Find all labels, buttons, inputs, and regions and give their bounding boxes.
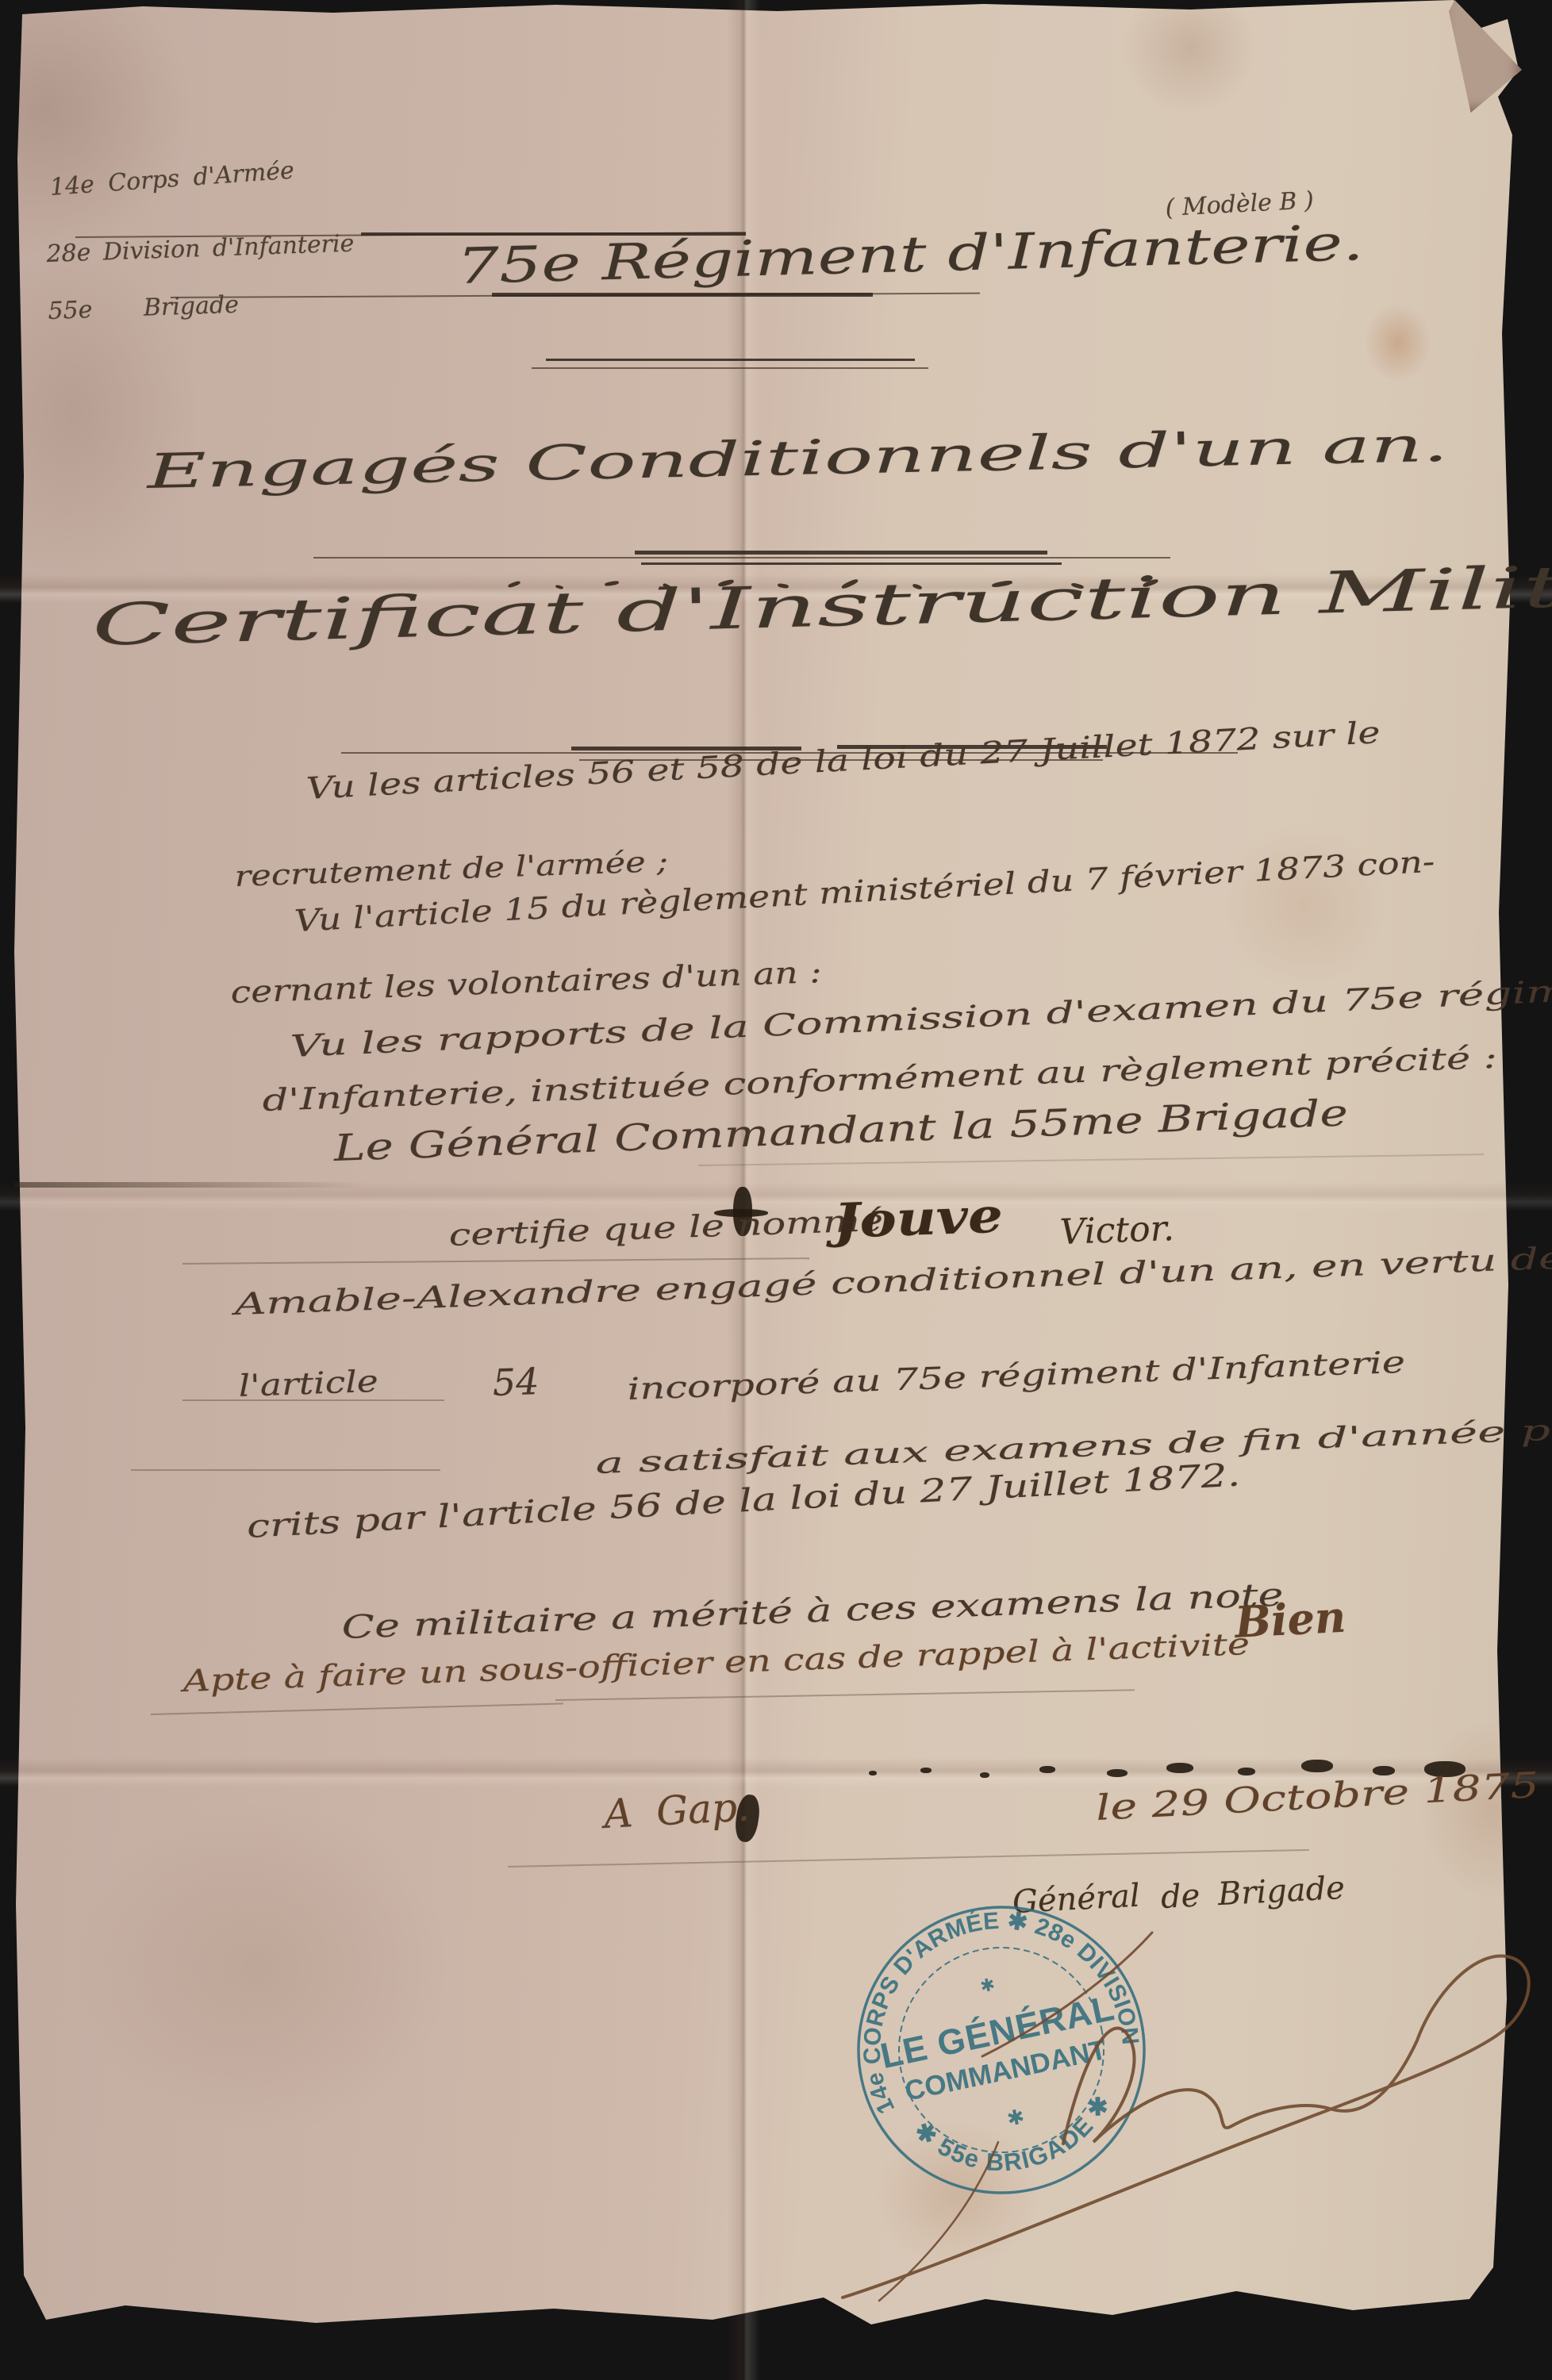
- underline-rule: [546, 359, 915, 361]
- pencil-line: [182, 1399, 444, 1401]
- ink-blot: [1166, 1763, 1193, 1773]
- underline-rule: [313, 557, 1170, 559]
- ink-blot: [920, 1768, 932, 1773]
- crease-smear: [14, 1182, 363, 1188]
- grade-note: Bien: [1234, 1595, 1346, 1644]
- stamp-rosette-top: ✱: [978, 1974, 997, 1996]
- underline-rule: [532, 367, 928, 369]
- signer-title-brigade: de Brigade: [1160, 1872, 1346, 1914]
- stamp-rosette-bottom: ✱: [1005, 2104, 1027, 2131]
- underline-rule: [635, 551, 1047, 555]
- recipient-firstname: Victor.: [1059, 1211, 1175, 1250]
- body-line: l'article: [238, 1366, 378, 1401]
- pencil-line: [131, 1469, 440, 1471]
- military-stamp: 14e CORPS D'ARMÉE ✱ 28e DIVISION ✱ 55e B…: [798, 1847, 1204, 2253]
- recipient-surname: Jouve: [833, 1192, 1004, 1246]
- ink-blot: [980, 1772, 989, 1778]
- ink-blot: [1107, 1769, 1128, 1777]
- ink-blot: [1238, 1768, 1255, 1775]
- article-number: 54: [492, 1363, 540, 1401]
- ink-blot: [869, 1771, 877, 1775]
- place-line: A Gap.: [603, 1787, 751, 1834]
- underline-rule: [641, 562, 1062, 565]
- underline-rule: [492, 293, 873, 297]
- scanned-document: 14e Corps d'Armée 28e Division d'Infante…: [0, 0, 1552, 2380]
- ink-blot: [1039, 1766, 1055, 1773]
- unit-brigade-line: 55e Brigade: [48, 294, 239, 324]
- ink-blot: [1301, 1760, 1333, 1772]
